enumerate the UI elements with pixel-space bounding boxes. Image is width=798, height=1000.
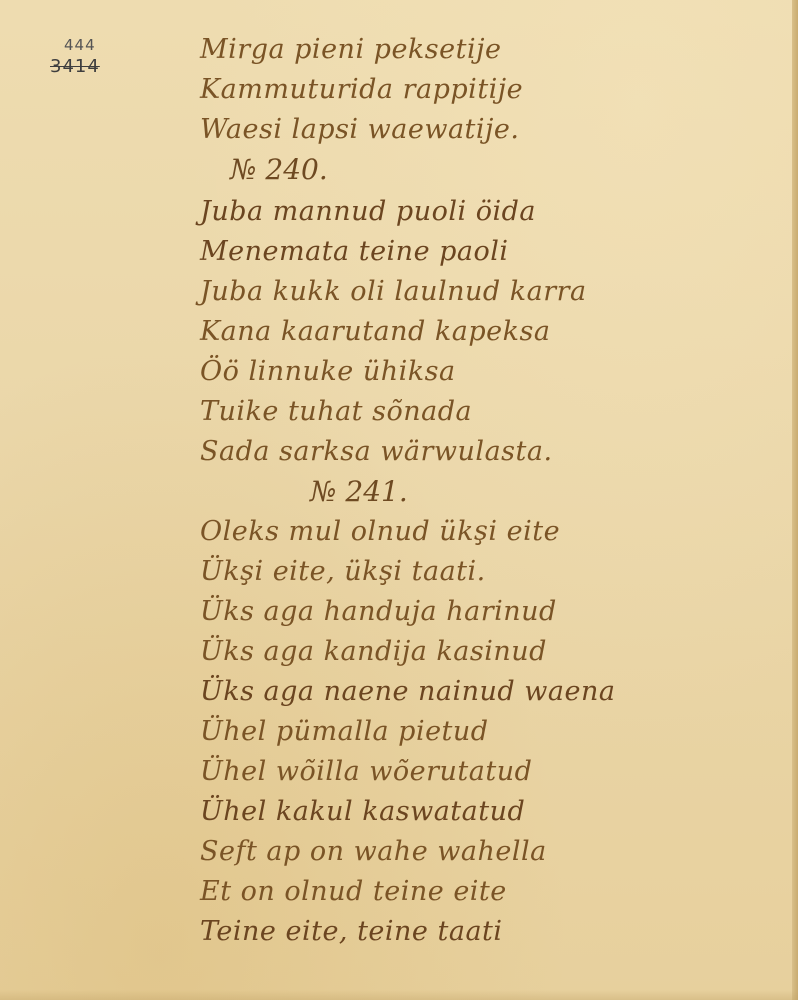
verse-line: Ühel kakul kaswatatud (200, 792, 790, 832)
archive-number-current: 444 (50, 36, 100, 54)
archive-number-struck: 3414 (50, 56, 100, 77)
verse-line: Mirga pieni peksetije (200, 30, 790, 70)
song-240: № 240. Juba mannud puoli öida Menemata t… (200, 150, 790, 472)
verse-line: Juba kukk oli laulnud karra (200, 272, 790, 312)
song-number-heading: № 241. (200, 472, 790, 512)
verse-line: Sada sarksa wärwulasta. (200, 432, 790, 472)
verse-line: Et on olnud teine eite (200, 872, 790, 912)
archive-marks: 444 3414 (50, 36, 100, 77)
verse-line: Üks aga handuja harinud (200, 592, 790, 632)
verse-line: Kana kaarutand kapeksa (200, 312, 790, 352)
song-239-tail: Mirga pieni peksetije Kammuturida rappit… (200, 30, 790, 150)
verse-line: Üks aga kandija kasinud (200, 632, 790, 672)
page-edge-right (792, 0, 798, 1000)
verse-line: Kammuturida rappitije (200, 70, 790, 110)
verse-line: Oleks mul olnud ükşi eite (200, 512, 790, 552)
verse-line: Teine eite, teine taati (200, 912, 790, 952)
verse-line: Waesi lapsi waewatije. (200, 110, 790, 150)
verse-line: Üks aga naene nainud waena (200, 672, 790, 712)
manuscript-text: Mirga pieni peksetije Kammuturida rappit… (200, 30, 790, 952)
verse-line: Ühel wõilla wõerutatud (200, 752, 790, 792)
verse-line: Tuike tuhat sõnada (200, 392, 790, 432)
verse-line: Menemata teine paoli (200, 232, 790, 272)
manuscript-page: 444 3414 Mirga pieni peksetije Kammuturi… (0, 0, 798, 1000)
verse-line: Juba mannud puoli öida (200, 192, 790, 232)
verse-line: Seft ap on wahe wahella (200, 832, 790, 872)
verse-line: Ükşi eite, ükşi taati. (200, 552, 790, 592)
page-edge-bottom (0, 990, 798, 1000)
song-number-heading: № 240. (200, 150, 790, 190)
verse-line: Öö linnuke ühiksa (200, 352, 790, 392)
verse-line: Ühel pümalla pietud (200, 712, 790, 752)
song-241: № 241. Oleks mul olnud ükşi eite Ükşi ei… (200, 472, 790, 952)
